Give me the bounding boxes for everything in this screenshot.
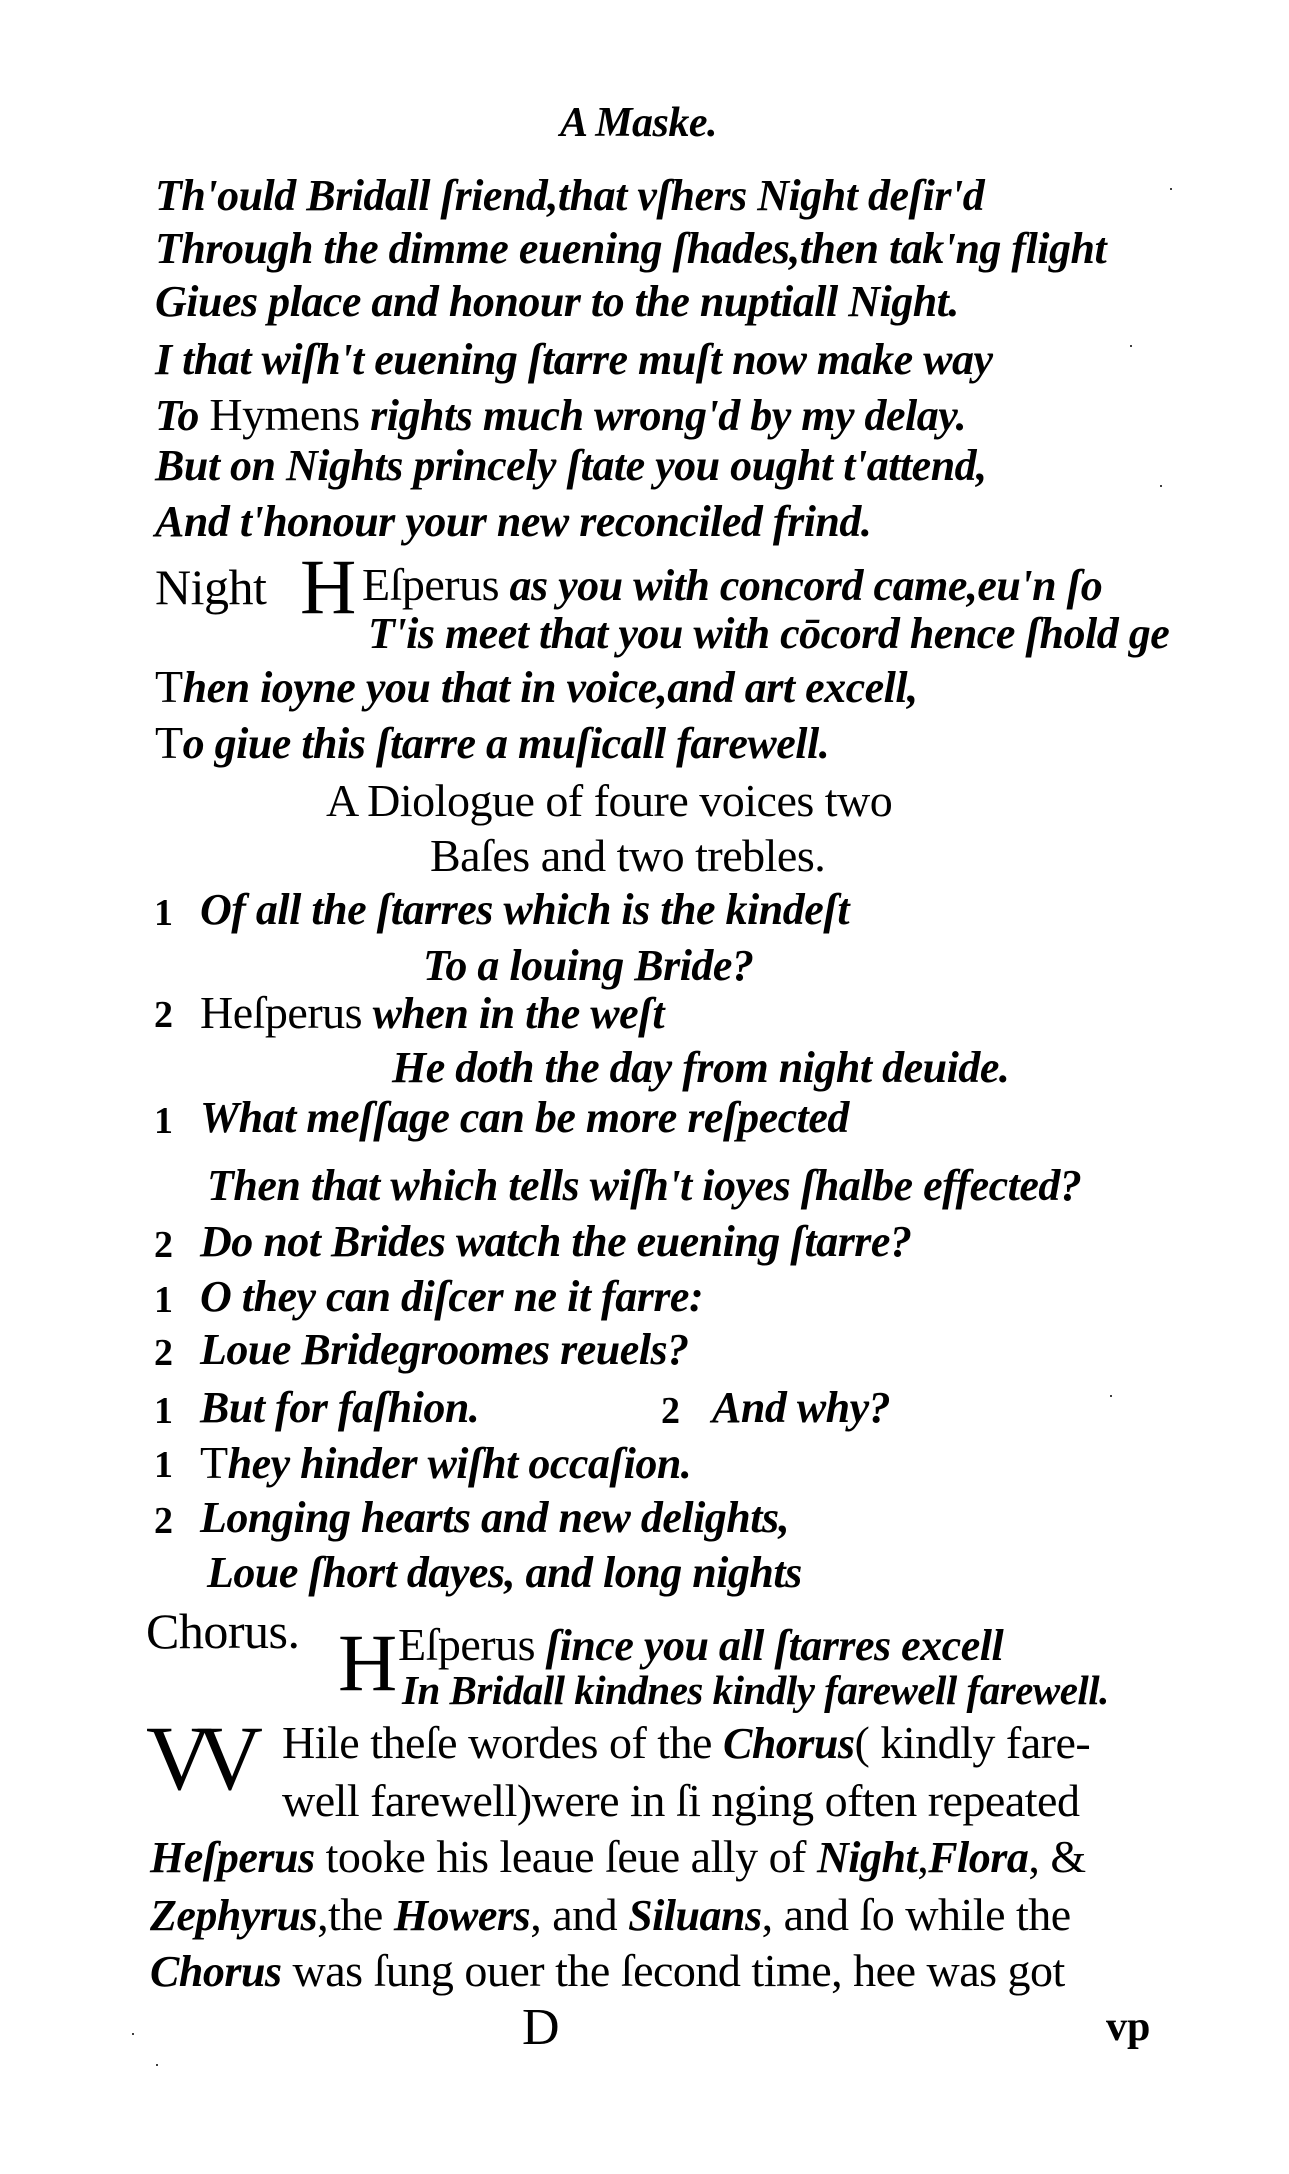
voice-number: 2	[154, 1502, 173, 1540]
verse-line: Through the dimme euening ſhades,then ta…	[155, 227, 1106, 271]
verse-line: I that wiſh't euening ſtarre muſt now ma…	[155, 338, 993, 382]
voice-number: 1	[154, 894, 173, 932]
voice-number: 2	[154, 996, 173, 1034]
prose-line: well farewell)were in ſi nging often rep…	[282, 1778, 1079, 1824]
voice-number: 2	[661, 1392, 680, 1430]
italic-run: To	[155, 391, 209, 440]
verse-line: Then ioyne you that in voice,and art exc…	[155, 664, 918, 710]
dialogue-line: Loue ſhort dayes, and long nights	[207, 1551, 802, 1595]
dialogue-line: Then that which tells wiſh't ioyes ſhalb…	[207, 1164, 1081, 1208]
italic-run: I that wiſh't euening ſtarre muſt now ma…	[155, 335, 993, 384]
book-page: A Maske. Th'ould Bridall ſriend,that vſh…	[0, 0, 1289, 2174]
italic-run: Flora	[928, 1833, 1028, 1882]
dialogue-line: Loue Bridegroomes reuels?	[200, 1328, 689, 1372]
dialogue-line: Do not Brides watch the euening ſtarre?	[200, 1220, 911, 1264]
italic-run: O they can diſcer ne it farre:	[200, 1272, 703, 1321]
roman-run: was ſung ouer the ſecond time, hee was g…	[282, 1945, 1065, 1996]
italic-run: And t'honour your new reconciled frind.	[155, 497, 871, 546]
drop-cap-vv: VV	[146, 1712, 247, 1804]
italic-run: To a louing Bride?	[423, 941, 753, 990]
italic-run: Night	[817, 1833, 917, 1882]
prose-line: Chorus was ſung ouer the ſecond time, he…	[150, 1948, 1065, 1994]
paper-speck	[1170, 188, 1172, 190]
verse-line: To giue this ſtarre a muſicall farewell.	[155, 720, 829, 766]
voice-number: 1	[154, 1281, 173, 1319]
italic-run: Siluans	[628, 1891, 761, 1940]
voice-number: 1	[154, 1446, 173, 1484]
prose-line: Hile theſe wordes of the Chorus( kindly …	[282, 1720, 1090, 1766]
dialogue-line: Longing hearts and new delights,	[200, 1496, 789, 1540]
italic-run: What meſſage can be more reſpected	[200, 1093, 849, 1142]
signature-mark: D	[522, 2002, 560, 2054]
chorus-line-1-rest: ſince you all ſtarres excell	[535, 1621, 1003, 1670]
italic-run: Then that which tells wiſh't ioyes ſhalb…	[207, 1161, 1081, 1210]
paper-speck	[1160, 485, 1162, 487]
paper-speck	[156, 2064, 158, 2066]
roman-run: Hile theſe wordes of the	[282, 1717, 723, 1768]
roman-run: , &	[1028, 1831, 1085, 1882]
roman-run: ,	[917, 1831, 928, 1882]
roman-run: well farewell)were in ſi nging often rep…	[282, 1775, 1079, 1826]
dialogue-reply: And why?	[712, 1386, 890, 1430]
roman-run: tooke his leaue ſeue ally of	[315, 1831, 817, 1882]
drop-cap-h-chorus: H	[338, 1622, 397, 1704]
dialogue-line: They hinder wiſht occaſion.	[200, 1440, 691, 1486]
night-speech-line-1: Eſperus as you with concord came,eu'n ſo	[362, 562, 1102, 608]
voice-number: 1	[154, 1102, 173, 1140]
italic-run: Giues place and honour to the nuptiall N…	[155, 277, 959, 326]
paper-speck	[132, 2033, 134, 2035]
paper-speck	[1110, 1395, 1112, 1397]
running-head: A Maske.	[560, 102, 717, 144]
night-speech-line-1-rest: as you with concord came,eu'n ſo	[499, 561, 1102, 610]
italic-run: Through the dimme euening ſhades,then ta…	[155, 224, 1106, 273]
italic-run: Zephyrus	[150, 1891, 317, 1940]
drop-cap-h-night: H	[300, 548, 356, 626]
dialogue-line: To a louing Bride?	[423, 944, 753, 988]
chorus-line-1: Eſperus ſince you all ſtarres excell	[398, 1622, 1003, 1668]
prose-line: Zephyrus,the Howers, and Siluans, and ſo…	[150, 1892, 1071, 1938]
dialogue-line: But for faſhion.	[200, 1386, 479, 1430]
voice-number: 2	[154, 1334, 173, 1372]
speaker-chorus: Chorus.	[146, 1606, 299, 1656]
verse-line: But on Nights princely ſtate you ought t…	[155, 444, 987, 488]
chorus-hesperus: Eſperus	[398, 1619, 535, 1670]
italic-run: Chorus	[723, 1719, 855, 1768]
dialogue-line: What meſſage can be more reſpected	[200, 1096, 849, 1140]
italic-run: hen ioyne you that in voice,and art exce…	[183, 663, 918, 712]
italic-run: Howers	[394, 1891, 530, 1940]
verse-line: Th'ould Bridall ſriend,that vſhers Night…	[155, 174, 984, 218]
chorus-line-2: In Bridall kindnes kindly farewell farew…	[402, 1670, 1109, 1711]
voice-number: 2	[154, 1226, 173, 1264]
italic-run: Chorus	[150, 1947, 282, 1996]
speaker-night: Night	[155, 562, 266, 612]
roman-run: , and ſo while the	[762, 1889, 1071, 1940]
italic-run: o giue this ſtarre a muſicall farewell.	[183, 719, 830, 768]
italic-run: He doth the day from night deuide.	[392, 1043, 1009, 1092]
verse-line: To Hymens rights much wrong'd by my dela…	[155, 392, 966, 438]
paper-speck	[1130, 345, 1132, 347]
catchword: vp	[1106, 2006, 1150, 2048]
roman-run: ,the	[317, 1889, 394, 1940]
voice-number: 1	[154, 1392, 173, 1430]
prose-line: Heſperus tooke his leaue ſeue ally of Ni…	[150, 1834, 1086, 1880]
dialogue-line: He doth the day from night deuide.	[392, 1046, 1009, 1090]
dialogue-line: Of all the ſtarres which is the kindeſt	[200, 888, 849, 932]
roman-run: Heſperus	[200, 987, 362, 1038]
italic-run: Of all the ſtarres which is the kindeſt	[200, 885, 849, 934]
roman-run: , and	[530, 1889, 628, 1940]
dialogue-heading-line-1: A Diologue of foure voices two	[326, 778, 892, 824]
roman-run: T	[155, 661, 183, 712]
roman-run: T	[155, 717, 183, 768]
italic-run: Longing hearts and new delights,	[200, 1493, 789, 1542]
roman-run: ( kindly fare-	[855, 1717, 1091, 1768]
roman-run: T	[200, 1437, 228, 1488]
italic-run: Th'ould Bridall ſriend,that vſhers Night…	[155, 171, 984, 220]
italic-run: Loue Bridegroomes reuels?	[200, 1325, 689, 1374]
italic-run: But on Nights princely ſtate you ought t…	[155, 441, 987, 490]
italic-run: But for faſhion.	[200, 1383, 479, 1432]
dialogue-heading-line-2: Baſes and two trebles.	[430, 833, 825, 879]
italic-run: rights much wrong'd by my delay.	[360, 391, 966, 440]
dialogue-line: O they can diſcer ne it farre:	[200, 1275, 703, 1319]
italic-run: Do not Brides watch the euening ſtarre?	[200, 1217, 911, 1266]
night-speech-line-2: T'is meet that you with cōcord hence ſho…	[368, 612, 1169, 656]
italic-run: hey hinder wiſht occaſion.	[228, 1439, 692, 1488]
italic-run: when in the weſt	[362, 989, 664, 1038]
verse-line: Giues place and honour to the nuptiall N…	[155, 280, 959, 324]
italic-run: Heſperus	[150, 1833, 315, 1882]
italic-run: Loue ſhort dayes, and long nights	[207, 1548, 802, 1597]
night-speech-hesperus: Eſperus	[362, 559, 499, 610]
dialogue-line: Heſperus when in the weſt	[200, 990, 664, 1036]
roman-run: Hymens	[209, 389, 359, 440]
verse-line: And t'honour your new reconciled frind.	[155, 500, 871, 544]
